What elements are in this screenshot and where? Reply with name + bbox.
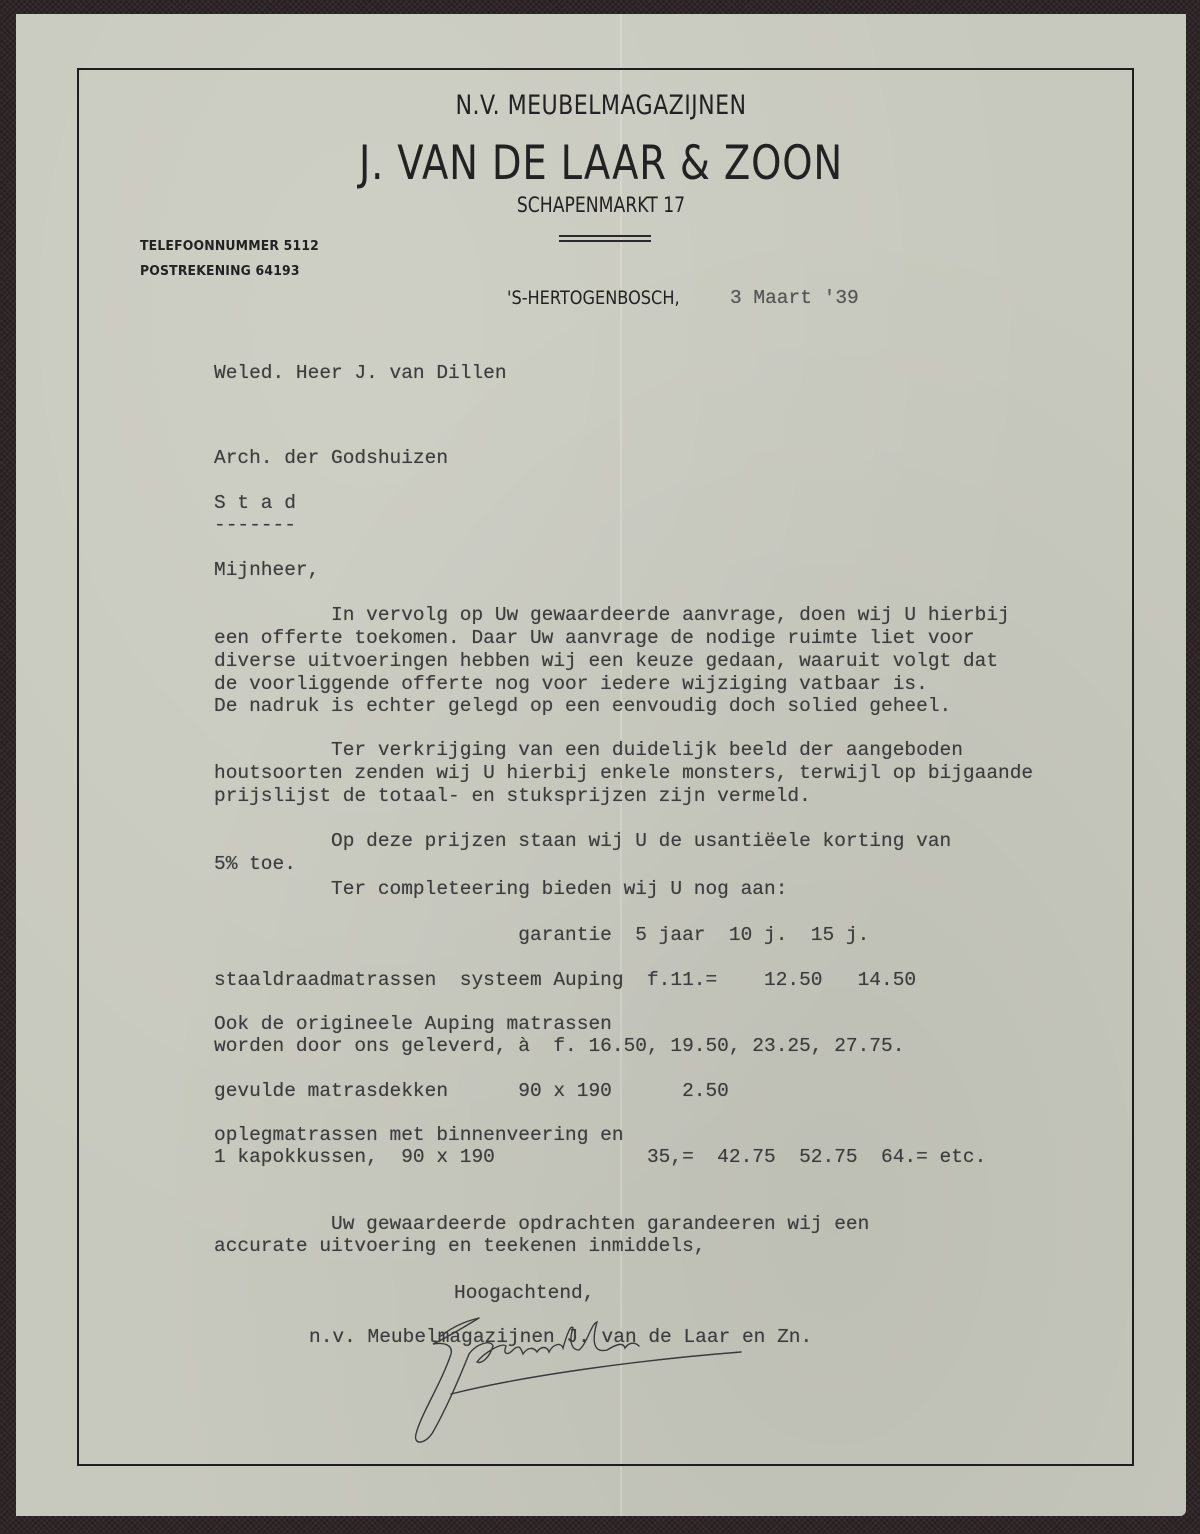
letterhead-double-rule: [559, 235, 651, 242]
offer-guarantee-header: garantie 5 jaar 10 j. 15 j.: [214, 924, 869, 946]
city: 'S-HERTOGENBOSCH,: [507, 287, 680, 309]
offer-auping-prices: worden door ons geleverd, à f. 16.50, 19…: [214, 1035, 904, 1057]
recipient-name: Weled. Heer J. van Dillen: [214, 362, 507, 384]
paragraph-line: diverse uitvoeringen hebben wij een keuz…: [214, 650, 998, 672]
offer-row-mattress-covers: gevulde matrasdekken 90 x 190 2.50: [214, 1080, 729, 1102]
offer-overlay-line: oplegmatrassen met binnenveering en: [214, 1124, 624, 1146]
company-name: J. VAN DE LAAR & ZOON: [121, 136, 1080, 191]
offer-overlay-prices: 1 kapokkussen, 90 x 190 35,= 42.75 52.75…: [214, 1146, 986, 1168]
company-address: SCHAPENMARKT 17: [121, 193, 1080, 217]
paragraph-line: 5% toe.: [214, 853, 296, 875]
giro-account: POSTREKENING 64193: [140, 263, 300, 279]
offer-row-steel-wire: staaldraadmatrassen systeem Auping f.11.…: [214, 969, 916, 991]
paragraph-line: een offerte toekomen. Daar Uw aanvrage d…: [214, 627, 975, 649]
closing-line: accurate uitvoering en teekenen inmiddel…: [214, 1235, 705, 1257]
closing-line: Uw gewaardeerde opdrachten garandeeren w…: [214, 1213, 869, 1235]
company-type: N.V. MEUBELMAGAZIJNEN: [121, 90, 1080, 121]
paragraph-line: Ter verkrijging van een duidelijk beeld …: [214, 739, 963, 761]
handwritten-signature-icon: J. A. v.d. Laar: [411, 1314, 751, 1464]
paragraph-line: De nadruk is echter gelegd op een eenvou…: [214, 695, 951, 717]
salutation: Mijnheer,: [214, 559, 319, 581]
paragraph-line: de voorliggende offerte nog voor iedere …: [214, 673, 928, 695]
paragraph-line: prijslijst de totaal- en stuksprijzen zi…: [214, 785, 811, 807]
paragraph-line: In vervolg op Uw gewaardeerde aanvrage, …: [214, 604, 1010, 626]
offer-auping-line: Ook de origineele Auping matrassen: [214, 1013, 612, 1035]
recipient-title: Arch. der Godshuizen: [214, 447, 448, 469]
paragraph-line: Op deze prijzen staan wij U de usantiëel…: [214, 830, 951, 852]
letter-paper: N.V. MEUBELMAGAZIJNEN J. VAN DE LAAR & Z…: [16, 14, 1186, 1516]
telephone-number: TELEFOONNUMMER 5112: [140, 238, 319, 254]
regards: Hoogachtend,: [454, 1282, 594, 1304]
paragraph-line: houtsoorten zenden wij U hierbij enkele …: [214, 762, 1033, 784]
recipient-place-underline: -------: [214, 514, 296, 536]
paragraph-4: Ter completeering bieden wij U nog aan:: [214, 878, 787, 900]
letter-date: 3 Maart '39: [730, 287, 859, 309]
recipient-place: S t a d: [214, 492, 296, 514]
